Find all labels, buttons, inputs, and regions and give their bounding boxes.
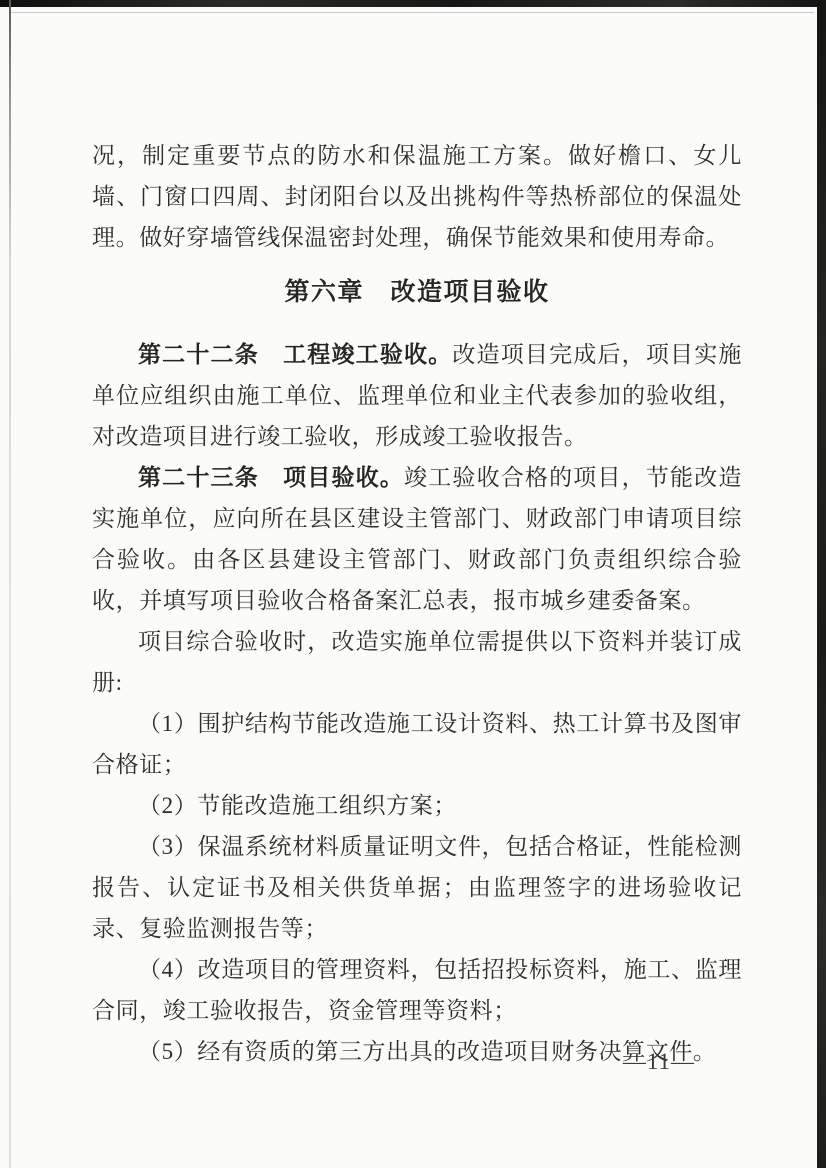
scanned-document-page: 况，制定重要节点的防水和保温施工方案。做好檐口、女儿墙、门窗口四周、封闭阳台以及… [0, 0, 826, 1168]
page-number: —11— [623, 1049, 695, 1075]
article-23-lead: 第二十三条 项目验收。 [138, 464, 404, 490]
article-23-paragraph: 第二十三条 项目验收。竣工验收合格的项目，节能改造实施单位，应向所在县区建设主管… [92, 457, 742, 621]
scan-left-edge-line [9, 0, 11, 1168]
paragraph-continuation: 况，制定重要节点的防水和保温施工方案。做好檐口、女儿墙、门窗口四周、封闭阳台以及… [92, 135, 742, 258]
chapter-heading: 第六章 改造项目验收 [92, 272, 742, 312]
material-item-1: （1）围护结构节能改造施工设计资料、热工计算书及图审合格证； [92, 703, 742, 785]
article-22-lead: 第二十二条 工程竣工验收。 [138, 341, 452, 367]
material-item-4: （4）改造项目的管理资料，包括招投标资料，施工、监理合同，竣工验收报告，资金管理… [92, 949, 742, 1031]
scan-top-hairline [11, 12, 814, 13]
scan-top-edge-artifact [0, 0, 826, 7]
materials-intro-paragraph: 项目综合验收时，改造实施单位需提供以下资料并装订成册: [92, 621, 742, 703]
material-item-2: （2）节能改造施工组织方案； [92, 785, 742, 826]
page-text-block: 况，制定重要节点的防水和保温施工方案。做好檐口、女儿墙、门窗口四周、封闭阳台以及… [92, 135, 742, 1072]
scan-right-edge-artifact [817, 0, 826, 1168]
article-22-paragraph: 第二十二条 工程竣工验收。改造项目完成后，项目实施单位应组织由施工单位、监理单位… [92, 334, 742, 457]
material-item-3: （3）保温系统材料质量证明文件，包括合格证，性能检测报告、认定证书及相关供货单据… [92, 826, 742, 949]
